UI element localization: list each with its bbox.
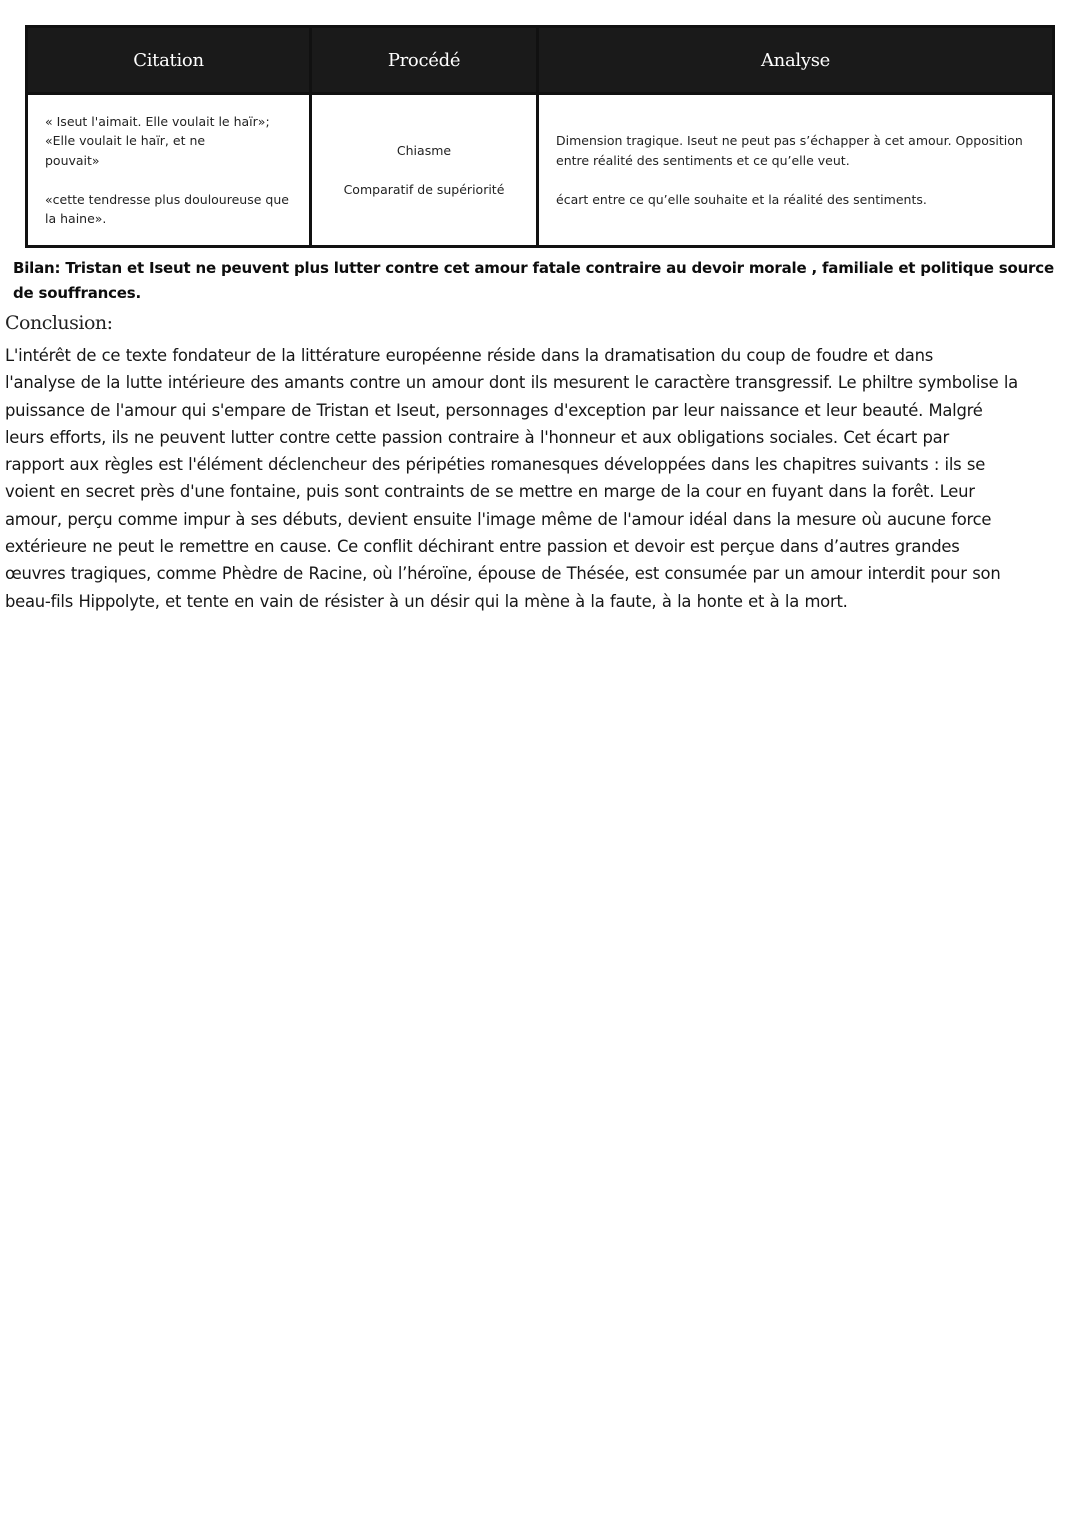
conclusion-line: L'intérêt de ce texte fondateur de la li… [5, 342, 1073, 369]
procede-item-comparatif: Comparatif de supériorité [322, 180, 526, 200]
table-header-row: Citation Procédé Analyse [27, 27, 1054, 94]
conclusion-line: extérieure ne peut le remettre en cause.… [5, 533, 1073, 560]
analyse-line: entre réalité des sentiments et ce qu’el… [556, 151, 1036, 171]
header-analyse: Analyse [538, 27, 1054, 94]
conclusion-heading: Conclusion: [5, 312, 113, 334]
analysis-table: Citation Procédé Analyse « Iseut l'aimai… [25, 25, 1055, 248]
paragraph-gap [322, 160, 526, 180]
paragraph-gap [556, 170, 1036, 190]
citation-line: pouvait» [45, 151, 293, 171]
bilan-line: Bilan: Tristan et Iseut ne peuvent plus … [13, 256, 1068, 281]
citation-line: «cette tendresse plus douloureuse que [45, 190, 293, 210]
conclusion-line: œuvres tragiques, comme Phèdre de Racine… [5, 560, 1073, 587]
procede-item-chiasme: Chiasme [322, 141, 526, 161]
conclusion-line: rapport aux règles est l'élément déclenc… [5, 451, 1073, 478]
header-procede: Procédé [311, 27, 538, 94]
conclusion-paragraph: L'intérêt de ce texte fondateur de la li… [5, 342, 1073, 615]
cell-analyse: Dimension tragique. Iseut ne peut pas s’… [538, 94, 1054, 247]
conclusion-line: puissance de l'amour qui s'empare de Tri… [5, 397, 1073, 424]
conclusion-line: leurs efforts, ils ne peuvent lutter con… [5, 424, 1073, 451]
bilan-summary: Bilan: Tristan et Iseut ne peuvent plus … [13, 256, 1068, 306]
conclusion-line: voient en secret près d'une fontaine, pu… [5, 478, 1073, 505]
paragraph-gap [45, 170, 293, 190]
table-row: « Iseut l'aimait. Elle voulait le haïr»;… [27, 94, 1054, 247]
bilan-line: de souffrances. [13, 281, 1068, 306]
citation-line: « Iseut l'aimait. Elle voulait le haïr»; [45, 112, 293, 132]
analyse-line: écart entre ce qu’elle souhaite et la ré… [556, 190, 1036, 210]
citation-line: la haine». [45, 209, 293, 229]
cell-citation: « Iseut l'aimait. Elle voulait le haïr»;… [27, 94, 311, 247]
analyse-line: Dimension tragique. Iseut ne peut pas s’… [556, 131, 1036, 151]
header-citation: Citation [27, 27, 311, 94]
cell-procede: Chiasme Comparatif de supériorité [311, 94, 538, 247]
conclusion-line: l'analyse de la lutte intérieure des ama… [5, 369, 1073, 396]
conclusion-line: amour, perçu comme impur à ses débuts, d… [5, 506, 1073, 533]
conclusion-line: beau-fils Hippolyte, et tente en vain de… [5, 588, 1073, 615]
citation-line: «Elle voulait le haïr, et ne [45, 131, 293, 151]
